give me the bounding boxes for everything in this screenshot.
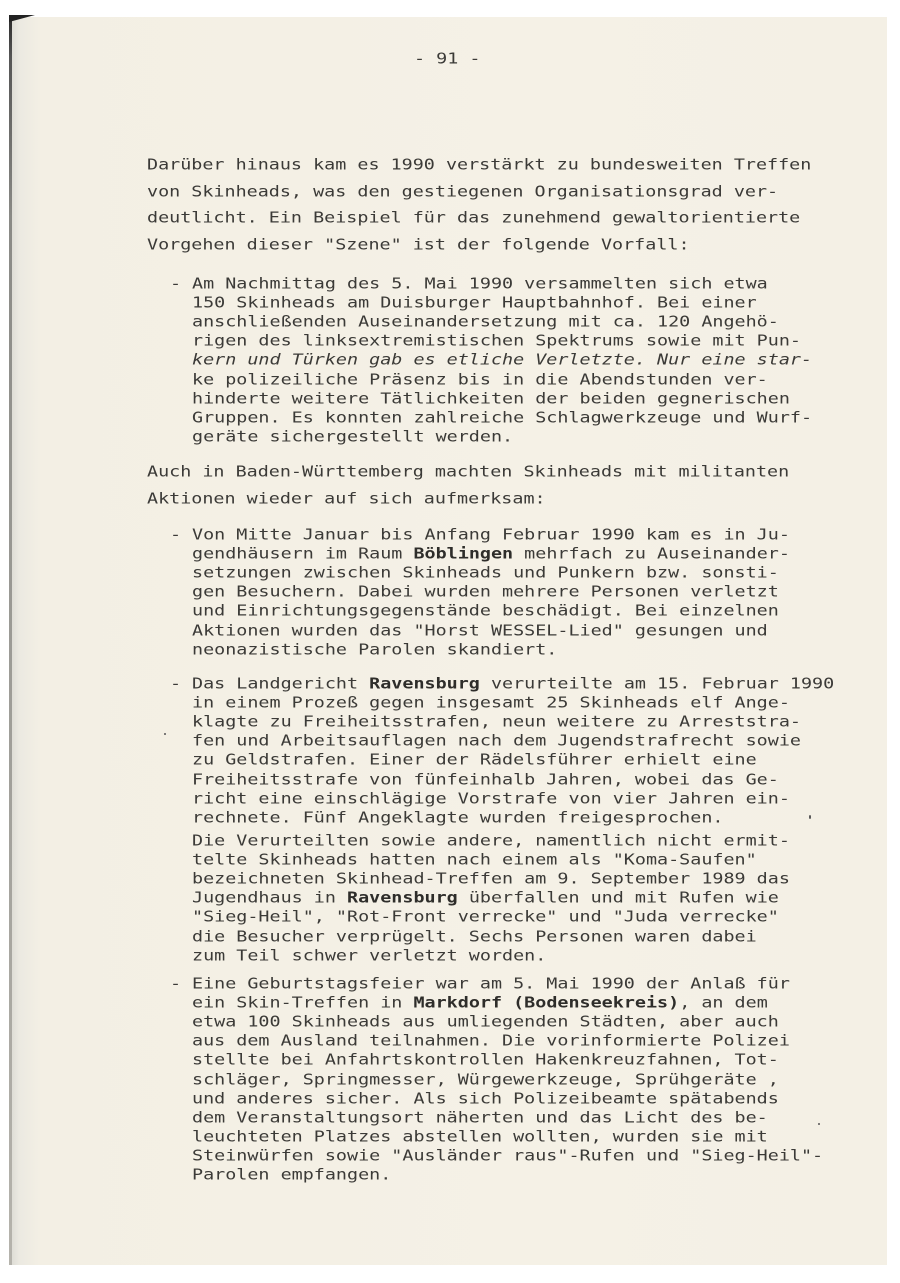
text-line: deutlicht. Ein Beispiel für das zunehmen…	[147, 211, 800, 226]
text-line: Parolen empfangen.	[192, 1168, 391, 1183]
text-line: und anderes sicher. Als sich Polizeibeam…	[192, 1092, 779, 1107]
text-line: telte Skinheads hatten nach einem als "K…	[192, 853, 757, 868]
text-line: etwa 100 Skinheads aus umliegenden Städt…	[192, 1015, 779, 1030]
text-line: dem Veranstaltungsort näherten und das L…	[192, 1111, 768, 1126]
scan-speck	[164, 733, 166, 735]
text-line: Aktionen wurden das "Horst WESSEL-Lied" …	[192, 624, 768, 639]
text-line: kern und Türken gab es etliche Verletzte…	[192, 353, 812, 368]
text-line: Jugendhaus in Ravensburg überfallen und …	[192, 891, 779, 906]
text-line: zu Geldstrafen. Einer der Rädelsführer e…	[192, 753, 757, 768]
scan-speck	[809, 815, 811, 819]
text-line: rechnete. Fünf Angeklagte wurden freiges…	[192, 811, 723, 826]
text-line: Eine Geburtstagsfeier war am 5. Mai 1990…	[192, 977, 790, 992]
text-line: geräte sichergestellt werden.	[192, 430, 513, 445]
text-line: klagte zu Freiheitsstrafen, neun weitere…	[192, 715, 801, 730]
text-line: "Sieg-Heil", "Rot-Front verrecke" und "J…	[192, 910, 779, 925]
text-line: setzungen zwischen Skinheads und Punkern…	[192, 566, 779, 581]
bullet-dash: -	[170, 977, 181, 992]
text-line: und Einrichtungsgegenstände beschädigt. …	[192, 604, 779, 619]
text-line: gendhäusern im Raum Böblingen mehrfach z…	[192, 547, 790, 562]
text-line: von Skinheads, was den gestiegenen Organ…	[147, 185, 778, 200]
text-line: stellte bei Anfahrtskontrollen Hakenkreu…	[192, 1053, 779, 1068]
text-line: schläger, Springmesser, Würgewerkzeuge, …	[192, 1073, 779, 1088]
scan-speck	[818, 1123, 820, 1125]
text-line: Freiheitsstrafe von fünfeinhalb Jahren, …	[192, 773, 779, 788]
text-line: ein Skin-Treffen in Markdorf (Bodenseekr…	[192, 996, 768, 1011]
text-line: 150 Skinheads am Duisburger Hauptbahnhof…	[192, 296, 757, 311]
text-line: fen und Arbeitsauflagen nach dem Jugends…	[192, 734, 801, 749]
text-line: neonazistische Parolen skandiert.	[192, 643, 557, 658]
text-line: die Besucher verprügelt. Sechs Personen …	[192, 930, 757, 945]
text-line: in einem Prozeß gegen insgesamt 25 Skinh…	[192, 696, 790, 711]
text-line: Gruppen. Es konnten zahlreiche Schlagwer…	[192, 411, 812, 426]
text-line: rigen des linksextremistischen Spektrums…	[192, 334, 801, 349]
bullet-dash: -	[170, 528, 181, 543]
text-line: Steinwürfen sowie "Ausländer raus"-Rufen…	[192, 1149, 823, 1164]
text-line: Aktionen wieder auf sich aufmerksam:	[147, 492, 546, 507]
text-line: aus dem Ausland teilnahmen. Die vorinfor…	[192, 1034, 790, 1049]
text-line: richt eine einschlägige Vorstrafe von vi…	[192, 792, 790, 807]
text-line: ke polizeiliche Präsenz bis in die Abend…	[192, 373, 768, 388]
text-line: Das Landgericht Ravensburg verurteilte a…	[192, 677, 834, 692]
text-line: anschließenden Auseinandersetzung mit ca…	[192, 315, 779, 330]
text-line: Vorgehen dieser "Szene" ist der folgende…	[147, 238, 690, 253]
text-line: bezeichneten Skinhead-Treffen am 9. Sept…	[192, 872, 790, 887]
page-binding-edge	[9, 17, 12, 1265]
place-name: Ravensburg	[347, 890, 458, 907]
text-line: Am Nachmittag des 5. Mai 1990 versammelt…	[192, 277, 768, 292]
text-line: Die Verurteilten sowie andere, namentlic…	[192, 834, 790, 849]
text-line: leuchteten Platzes abstellen wollten, wu…	[192, 1130, 768, 1145]
page-corner-shadow	[9, 15, 35, 22]
text-line: Darüber hinaus kam es 1990 verstärkt zu …	[147, 158, 811, 173]
text-line: gen Besuchern. Dabei wurden mehrere Pers…	[192, 585, 779, 600]
place-name: Böblingen	[413, 545, 513, 562]
text-line: Von Mitte Januar bis Anfang Februar 1990…	[192, 528, 790, 543]
text-line: zum Teil schwer verletzt worden.	[192, 949, 546, 964]
bullet-dash: -	[170, 677, 181, 692]
text-line: Auch in Baden-Württemberg machten Skinhe…	[147, 465, 789, 480]
page-number: - 91 -	[414, 52, 480, 67]
text-line: hinderte weitere Tätlichkeiten der beide…	[192, 392, 790, 407]
place-name: Markdorf (Bodenseekreis)	[413, 994, 679, 1011]
bullet-dash: -	[170, 277, 181, 292]
place-name: Ravensburg	[369, 675, 480, 692]
